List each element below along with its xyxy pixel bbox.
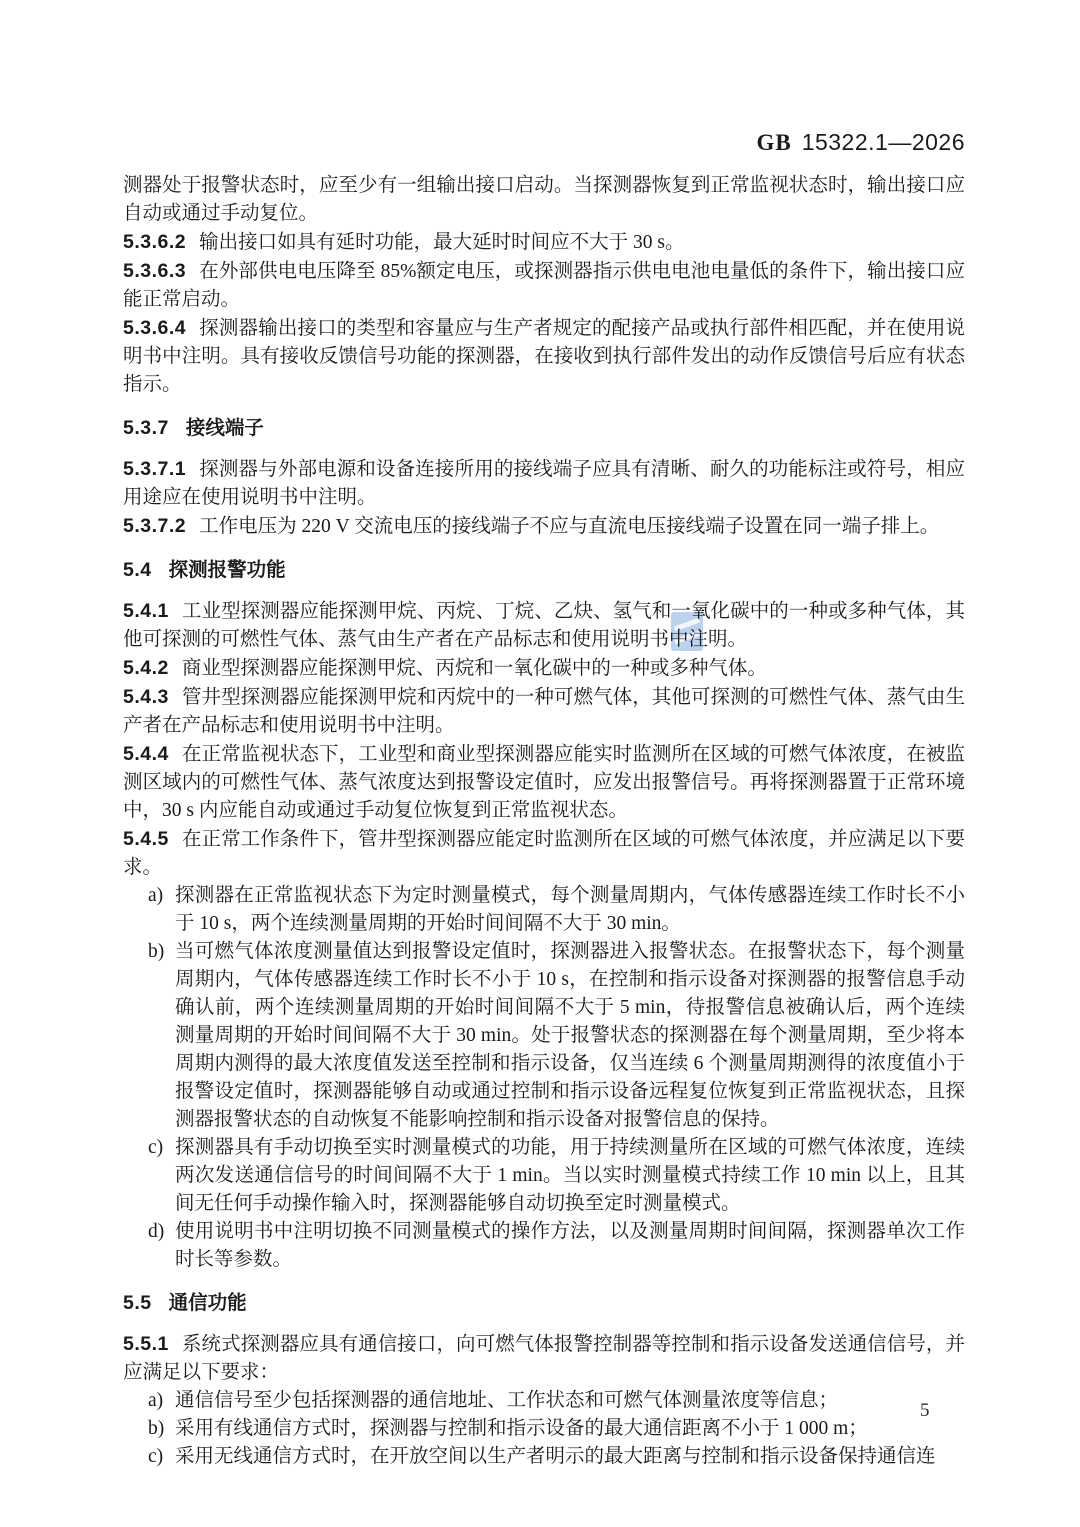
clause-text: 系统式探测器应具有通信接口，向可燃气体报警控制器等控制和指示设备发送通信信号，并… bbox=[123, 1334, 965, 1383]
list-item-marker: d) bbox=[148, 1218, 164, 1246]
document-page: GB15322.1—2026 测器处于报警状态时，应至少有一组输出接口启动。当探… bbox=[0, 0, 1080, 1527]
clause-paragraph: 5.3.6.4探测器输出接口的类型和容量应与生产者规定的配接产品或执行部件相匹配… bbox=[123, 314, 965, 399]
list-item: c)探测器具有手动切换至实时测量模式的功能，用于持续测量所在区域的可燃气体浓度，… bbox=[123, 1134, 965, 1218]
list-item-marker: c) bbox=[148, 1443, 163, 1471]
list-item-text: 当可燃气体浓度测量值达到报警设定值时，探测器进入报警状态。在报警状态下，每个测量… bbox=[175, 941, 965, 1130]
clause-number: 5.5.1 bbox=[123, 1333, 169, 1355]
clause-paragraph: 5.3.7.2工作电压为 220 V 交流电压的接线端子不应与直流电压接线端子设… bbox=[123, 512, 965, 541]
clause-paragraph: 5.3.6.2输出接口如具有延时功能，最大延时时间应不大于 30 s。 bbox=[123, 228, 965, 257]
section-number: 5.5 bbox=[123, 1292, 152, 1314]
clause-paragraph: 5.5.1系统式探测器应具有通信接口，向可燃气体报警控制器等控制和指示设备发送通… bbox=[123, 1330, 965, 1387]
clause-text: 探测器输出接口的类型和容量应与生产者规定的配接产品或执行部件相匹配，并在使用说明… bbox=[123, 318, 965, 395]
list-item: a)通信信号至少包括探测器的通信地址、工作状态和可燃气体测量浓度等信息； bbox=[123, 1387, 965, 1415]
clause-number: 5.3.7.2 bbox=[123, 515, 186, 537]
list-item-marker: b) bbox=[148, 1415, 164, 1443]
section-heading: 5.4探测报警功能 bbox=[123, 556, 965, 584]
clause-text: 在外部供电电压降至 85%额定电压，或探测器指示供电电池电量低的条件下，输出接口… bbox=[123, 261, 965, 310]
list-item-marker: a) bbox=[148, 1387, 163, 1415]
clause-paragraph: 5.4.5在正常工作条件下，管井型探测器应能定时监测所在区域的可燃气体浓度，并应… bbox=[123, 825, 965, 882]
list-item-text: 采用有线通信方式时，探测器与控制和指示设备的最大通信距离不小于 1 000 m； bbox=[175, 1418, 868, 1439]
list-item: b)当可燃气体浓度测量值达到报警设定值时，探测器进入报警状态。在报警状态下，每个… bbox=[123, 938, 965, 1134]
standard-code-prefix: GB bbox=[756, 130, 791, 155]
list-item: a)探测器在正常监视状态下为定时测量模式，每个测量周期内，气体传感器连续工作时长… bbox=[123, 882, 965, 938]
list-item-text: 探测器在正常监视状态下为定时测量模式，每个测量周期内，气体传感器连续工作时长不小… bbox=[175, 885, 965, 934]
clause-number: 5.3.6.4 bbox=[123, 317, 186, 339]
clause-text: 工业型探测器应能探测甲烷、丙烷、丁烷、乙炔、氢气和一氧化碳中的一种或多种气体，其… bbox=[123, 601, 965, 650]
list-item-text: 通信信号至少包括探测器的通信地址、工作状态和可燃气体测量浓度等信息； bbox=[175, 1390, 838, 1411]
clause-text: 在正常工作条件下，管井型探测器应能定时监测所在区域的可燃气体浓度，并应满足以下要… bbox=[123, 829, 965, 878]
clause-number: 5.3.7.1 bbox=[123, 458, 186, 480]
section-heading: 5.3.7接线端子 bbox=[123, 414, 965, 442]
list-item-marker: b) bbox=[148, 938, 164, 966]
list-item-text: 采用无线通信方式时，在开放空间以生产者明示的最大距离与控制和指示设备保持通信连 bbox=[175, 1446, 936, 1467]
standard-code-header: GB15322.1—2026 bbox=[123, 128, 965, 157]
clause-number: 5.4.3 bbox=[123, 686, 169, 708]
standard-code-number: 15322.1—2026 bbox=[802, 129, 965, 155]
clause-number: 5.3.6.3 bbox=[123, 260, 186, 282]
clause-number: 5.4.4 bbox=[123, 743, 169, 765]
section-heading: 5.5通信功能 bbox=[123, 1289, 965, 1317]
list-item: d)使用说明书中注明切换不同测量模式的操作方法，以及测量周期时间间隔，探测器单次… bbox=[123, 1218, 965, 1274]
section-title: 通信功能 bbox=[169, 1292, 247, 1314]
list-item: c)采用无线通信方式时，在开放空间以生产者明示的最大距离与控制和指示设备保持通信… bbox=[123, 1443, 965, 1471]
clause-number: 5.4.2 bbox=[123, 657, 169, 679]
clause-paragraph: 5.4.2商业型探测器应能探测甲烷、丙烷和一氧化碳中的一种或多种气体。 bbox=[123, 654, 965, 683]
clause-paragraph: 5.4.1工业型探测器应能探测甲烷、丙烷、丁烷、乙炔、氢气和一氧化碳中的一种或多… bbox=[123, 597, 965, 654]
clause-text: 在正常监视状态下，工业型和商业型探测器应能实时监测所在区域的可燃气体浓度，在被监… bbox=[123, 744, 965, 821]
clause-number: 5.4.1 bbox=[123, 600, 169, 622]
clause-paragraph: 5.4.4在正常监视状态下，工业型和商业型探测器应能实时监测所在区域的可燃气体浓… bbox=[123, 740, 965, 825]
clause-text: 测器处于报警状态时，应至少有一组输出接口启动。当探测器恢复到正常监视状态时，输出… bbox=[123, 175, 965, 224]
list-item-text: 使用说明书中注明切换不同测量模式的操作方法，以及测量周期时间间隔，探测器单次工作… bbox=[175, 1221, 965, 1270]
list-item-text: 探测器具有手动切换至实时测量模式的功能，用于持续测量所在区域的可燃气体浓度，连续… bbox=[175, 1137, 965, 1214]
document-body: 测器处于报警状态时，应至少有一组输出接口启动。当探测器恢复到正常监视状态时，输出… bbox=[123, 172, 965, 1471]
clause-paragraph: 5.3.7.1探测器与外部电源和设备连接所用的接线端子应具有清晰、耐久的功能标注… bbox=[123, 455, 965, 512]
section-title: 接线端子 bbox=[186, 417, 264, 439]
clause-text: 商业型探测器应能探测甲烷、丙烷和一氧化碳中的一种或多种气体。 bbox=[182, 658, 767, 679]
list-item-marker: c) bbox=[148, 1134, 163, 1162]
clause-text: 探测器与外部电源和设备连接所用的接线端子应具有清晰、耐久的功能标注或符号，相应用… bbox=[123, 459, 965, 508]
clause-paragraph: 测器处于报警状态时，应至少有一组输出接口启动。当探测器恢复到正常监视状态时，输出… bbox=[123, 172, 965, 228]
clause-paragraph: 5.3.6.3在外部供电电压降至 85%额定电压，或探测器指示供电电池电量低的条… bbox=[123, 257, 965, 314]
clause-text: 工作电压为 220 V 交流电压的接线端子不应与直流电压接线端子设置在同一端子排… bbox=[199, 516, 939, 537]
list-item-marker: a) bbox=[148, 882, 163, 910]
section-number: 5.4 bbox=[123, 559, 152, 581]
clause-number: 5.3.6.2 bbox=[123, 231, 186, 253]
clause-text: 管井型探测器应能探测甲烷和丙烷中的一种可燃气体，其他可探测的可燃性气体、蒸气由生… bbox=[123, 687, 965, 736]
clause-paragraph: 5.4.3管井型探测器应能探测甲烷和丙烷中的一种可燃气体，其他可探测的可燃性气体… bbox=[123, 683, 965, 740]
page-number: 5 bbox=[920, 1399, 930, 1423]
list-item: b)采用有线通信方式时，探测器与控制和指示设备的最大通信距离不小于 1 000 … bbox=[123, 1415, 965, 1443]
section-title: 探测报警功能 bbox=[169, 559, 286, 581]
clause-text: 输出接口如具有延时功能，最大延时时间应不大于 30 s。 bbox=[199, 232, 684, 253]
section-number: 5.3.7 bbox=[123, 417, 169, 439]
clause-number: 5.4.5 bbox=[123, 828, 169, 850]
